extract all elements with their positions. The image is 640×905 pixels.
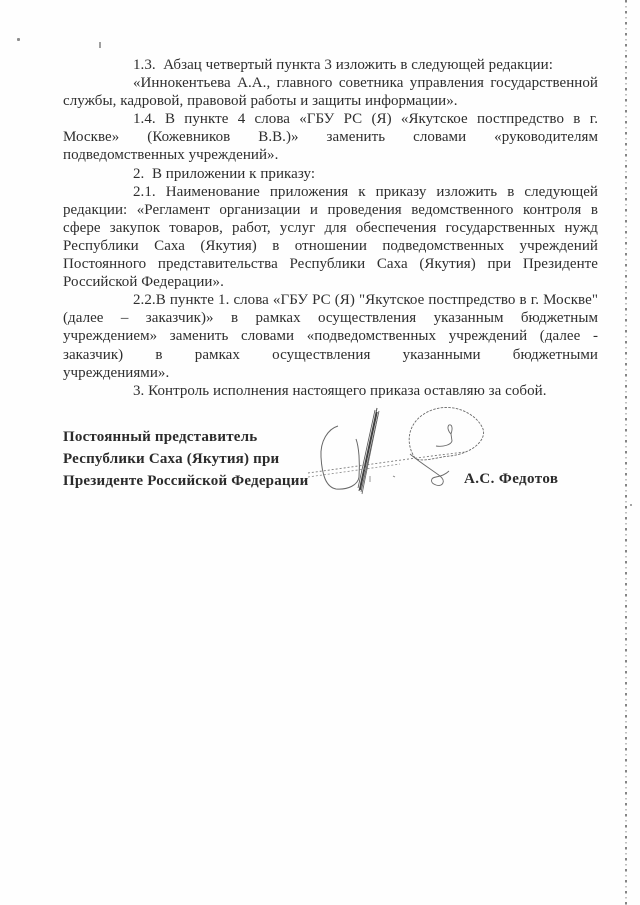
document-line: Российской Федерации». [63, 273, 598, 291]
document-line: 2. В приложении к приказу: [63, 165, 598, 183]
document-line: учреждениями». [63, 364, 598, 382]
document-line: 2.2.В пункте 1. слова «ГБУ РС (Я) "Якутс… [63, 291, 598, 309]
document-body: 1.3. Абзац четвертый пункта 3 изложить в… [63, 56, 598, 400]
scan-speck [99, 42, 101, 48]
document-line: подведомственных учреждений». [63, 146, 598, 164]
scan-speck [17, 38, 20, 41]
document-line: 2.1. Наименование приложения к приказу и… [63, 183, 598, 201]
scan-speck [630, 504, 632, 506]
document-line: редакции: «Регламент организации и прове… [63, 201, 598, 219]
document-line: службы, кадровой, правовой работы и защи… [63, 92, 598, 110]
signature-title-line: Республики Саха (Якутия) при [63, 448, 308, 470]
document-line: учреждением» заменить словами «подведомс… [63, 327, 598, 345]
signature-title-block: Постоянный представитель Республики Саха… [63, 426, 308, 492]
document-line: Постоянного представительства Республики… [63, 255, 598, 273]
document-line: заказчик) в рамках осуществления указанн… [63, 346, 598, 364]
document-line: (далее – заказчик)» в рамках осуществлен… [63, 309, 598, 327]
document-line: 1.4. В пункте 4 слова «ГБУ РС (Я) «Якутс… [63, 110, 598, 128]
document-line: Москве» (Кожевников В.В.)» заменить слов… [63, 128, 598, 146]
scan-edge-dotted-line [625, 0, 627, 905]
document-line: Республики Саха (Якутия) в отношении под… [63, 237, 598, 255]
handwritten-signature-scribble [292, 397, 492, 502]
scanned-document-page: 1.3. Абзац четвертый пункта 3 изложить в… [0, 0, 640, 905]
document-line: сфере закупок товаров, работ, услуг для … [63, 219, 598, 237]
document-line: 1.3. Абзац четвертый пункта 3 изложить в… [63, 56, 598, 74]
signature-title-line: Президенте Российской Федерации [63, 470, 308, 492]
document-line: «Иннокентьева А.А., главного советника у… [63, 74, 598, 92]
signature-title-line: Постоянный представитель [63, 426, 308, 448]
